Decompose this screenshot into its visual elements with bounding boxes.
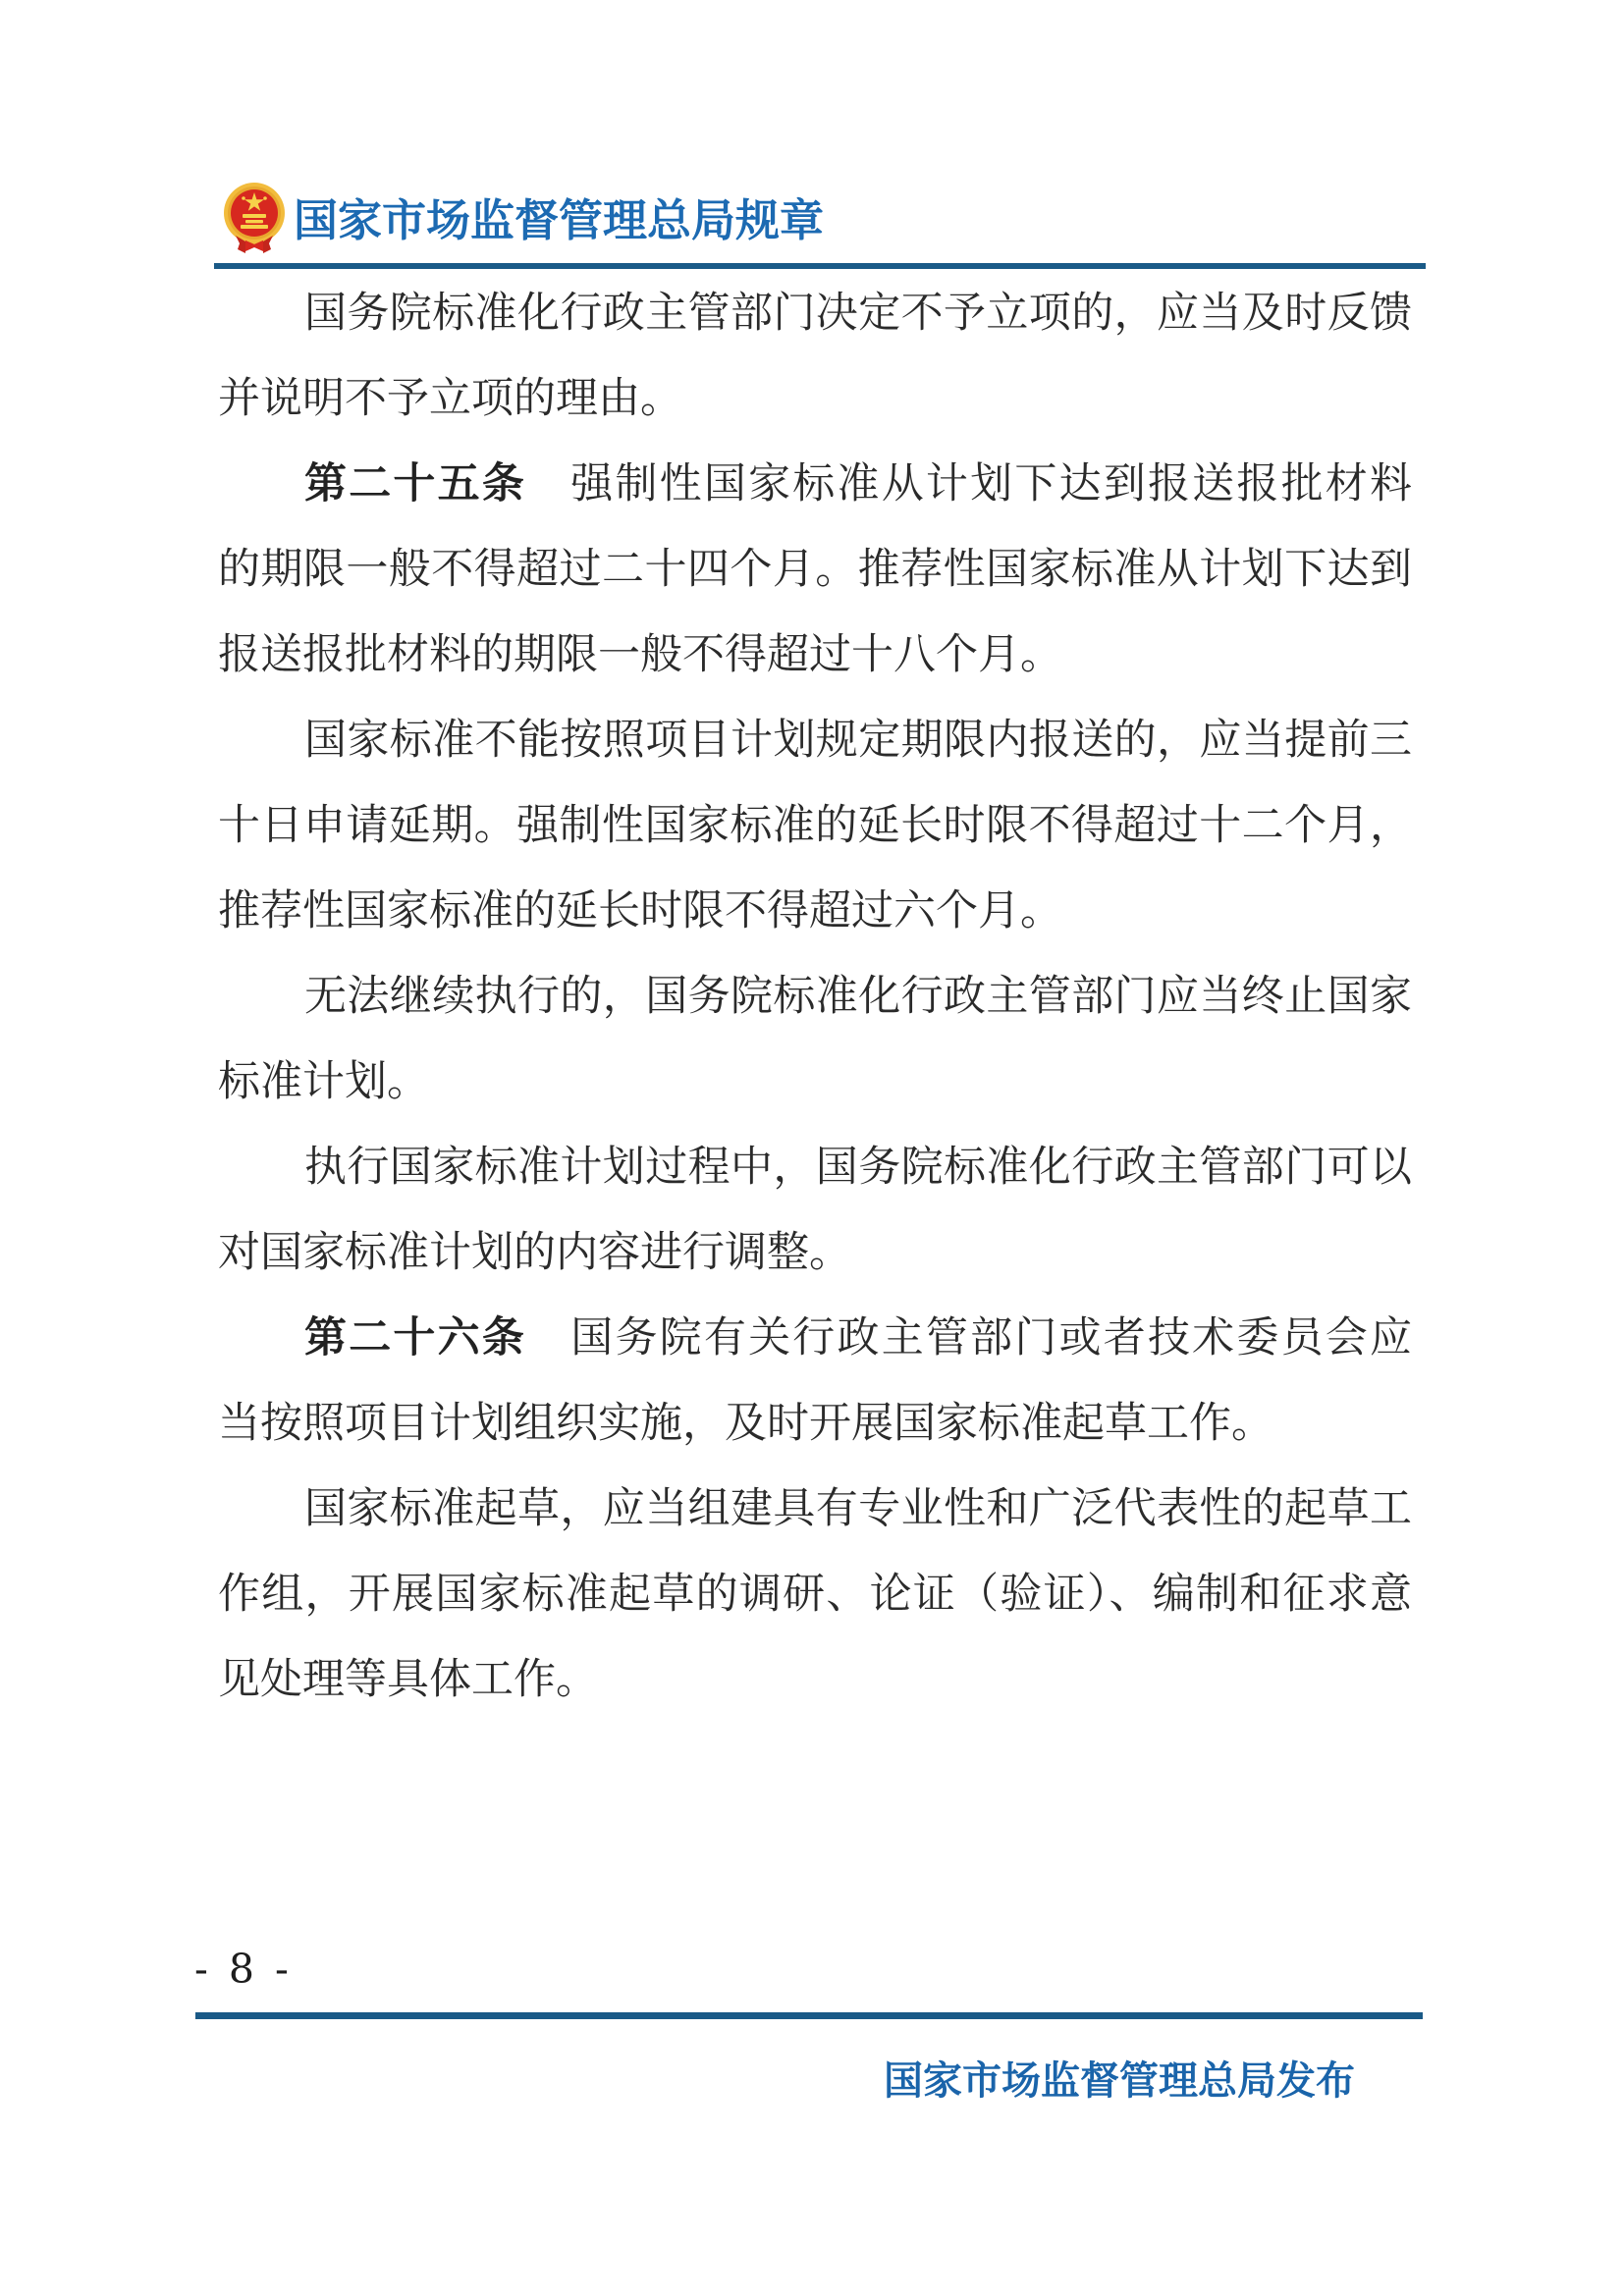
china-national-emblem-icon	[222, 181, 287, 255]
document-page: 国家市场监督管理总局规章 国务院标准化行政主管部门决定不予立项的，应当及时反馈并…	[0, 0, 1624, 2296]
page-title: 国家市场监督管理总局规章	[294, 181, 824, 251]
page-number: - 8 -	[194, 1946, 293, 1993]
text-line: 国家标准不能按照项目计划规定期限内报送的，应当提前三	[218, 698, 1412, 783]
document-body: 国务院标准化行政主管部门决定不予立项的，应当及时反馈并说明不予立项的理由。第二十…	[218, 271, 1412, 1723]
paragraph: 第二十五条 强制性国家标准从计划下达到报送报批材料的期限一般不得超过二十四个月。…	[218, 442, 1412, 698]
paragraph: 国家标准起草，应当组建具有专业性和广泛代表性的起草工作组，开展国家标准起草的调研…	[218, 1467, 1412, 1723]
text-line: 当按照项目计划组织实施，及时开展国家标准起草工作。	[218, 1381, 1412, 1467]
paragraph: 执行国家标准计划过程中，国务院标准化行政主管部门可以对国家标准计划的内容进行调整…	[218, 1125, 1412, 1296]
text-line: 国家标准起草，应当组建具有专业性和广泛代表性的起草工	[218, 1467, 1412, 1552]
paragraph: 无法继续执行的，国务院标准化行政主管部门应当终止国家标准计划。	[218, 954, 1412, 1125]
text-line: 执行国家标准计划过程中，国务院标准化行政主管部门可以	[218, 1125, 1412, 1210]
paragraph: 国家标准不能按照项目计划规定期限内报送的，应当提前三十日申请延期。强制性国家标准…	[218, 698, 1412, 954]
article-number: 第二十六条	[304, 1313, 526, 1362]
text-line: 见处理等具体工作。	[218, 1637, 1412, 1723]
paragraph: 国务院标准化行政主管部门决定不予立项的，应当及时反馈并说明不予立项的理由。	[218, 271, 1412, 442]
text-line: 作组，开展国家标准起草的调研、论证（验证）、编制和征求意	[218, 1552, 1412, 1637]
text-line: 国务院标准化行政主管部门决定不予立项的，应当及时反馈	[218, 271, 1412, 356]
text-line: 并说明不予立项的理由。	[218, 356, 1412, 442]
text-line: 的期限一般不得超过二十四个月。推荐性国家标准从计划下达到	[218, 527, 1412, 613]
text-line: 无法继续执行的，国务院标准化行政主管部门应当终止国家	[218, 954, 1412, 1040]
text-line: 十日申请延期。强制性国家标准的延长时限不得超过十二个月，	[218, 783, 1412, 869]
paragraph: 第二十六条 国务院有关行政主管部门或者技术委员会应当按照项目计划组织实施，及时开…	[218, 1296, 1412, 1467]
text-line: 标准计划。	[218, 1040, 1412, 1125]
text-line: 第二十五条 强制性国家标准从计划下达到报送报批材料	[218, 442, 1412, 527]
text-line: 对国家标准计划的内容进行调整。	[218, 1210, 1412, 1296]
header-rule	[214, 263, 1426, 269]
text-line: 报送报批材料的期限一般不得超过十八个月。	[218, 613, 1412, 698]
publisher-label: 国家市场监督管理总局发布	[884, 2050, 1355, 2106]
footer-rule	[195, 2012, 1423, 2019]
text-line: 推荐性国家标准的延长时限不得超过六个月。	[218, 869, 1412, 954]
article-number: 第二十五条	[304, 459, 526, 508]
text-line: 第二十六条 国务院有关行政主管部门或者技术委员会应	[218, 1296, 1412, 1381]
